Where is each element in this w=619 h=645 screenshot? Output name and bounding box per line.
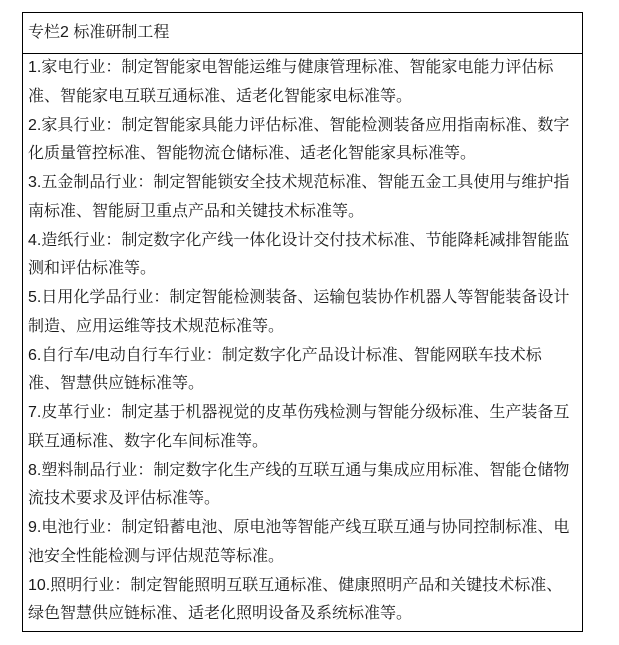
industry-item-3: 3.五金制品行业：制定智能锁安全技术规范标准、智能五金工具使用与维护指 南标准、… [28,169,577,227]
industry-item-10: 10.照明行业：制定智能照明互联互通标准、健康照明产品和关键技术标准、 绿色智慧… [28,572,577,630]
industry-item-8: 8.塑料制品行业：制定数字化生产线的互联互通与集成应用标准、智能仓储物 流技术要… [28,457,577,515]
industry-item-2: 2.家具行业：制定智能家具能力评估标准、智能检测装备应用指南标准、数字 化质量管… [28,112,577,170]
box-title: 专栏2 标准研制工程 [23,13,582,54]
industry-item-1: 1.家电行业：制定智能家电智能运维与健康管理标准、智能家电能力评估标 准、智能家… [28,54,577,112]
industry-item-7: 7.皮革行业：制定基于机器视觉的皮革伤残检测与智能分级标准、生产装备互 联互通标… [28,399,577,457]
special-column-box: 专栏2 标准研制工程 1.家电行业：制定智能家电智能运维与健康管理标准、智能家电… [22,12,583,632]
box-body: 1.家电行业：制定智能家电智能运维与健康管理标准、智能家电能力评估标 准、智能家… [23,54,582,631]
industry-item-4: 4.造纸行业：制定数字化产线一体化设计交付技术标准、节能降耗减排智能监 测和评估… [28,227,577,285]
industry-item-5: 5.日用化学品行业：制定智能检测装备、运输包装协作机器人等智能装备设计 制造、应… [28,284,577,342]
industry-item-6: 6.自行车/电动自行车行业：制定数字化产品设计标准、智能网联车技术标 准、智慧供… [28,342,577,400]
industry-item-9: 9.电池行业：制定铅蓄电池、原电池等智能产线互联互通与协同控制标准、电 池安全性… [28,514,577,572]
